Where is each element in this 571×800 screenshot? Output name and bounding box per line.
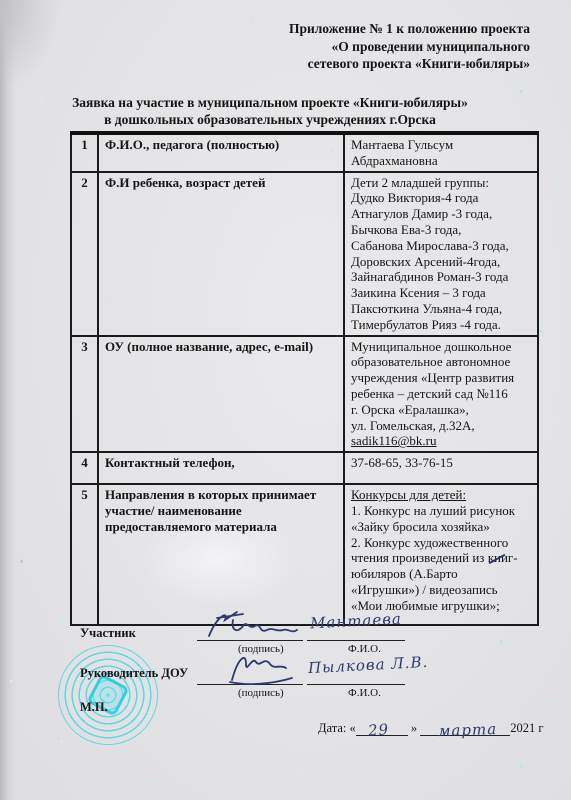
row-number: 4 [71, 452, 98, 484]
row-label: ОУ (полное название, адрес, e-mail) [98, 336, 344, 453]
table-row: 5 Направления в которых принимает участи… [71, 484, 538, 625]
participant-label: Участник [80, 626, 136, 641]
date-month-slot: марта [420, 721, 510, 736]
row-label: Ф.И ребенка, возраст детей [98, 172, 344, 336]
scan-edge-shadow [0, 0, 16, 800]
header-line-3: сетевого проекта «Книги-юбиляры» [289, 55, 530, 73]
row-number: 3 [71, 336, 98, 453]
date-label: Дата: [318, 721, 346, 735]
row-number: 5 [71, 484, 98, 625]
director-fio-caption: Ф.И.О. [348, 687, 381, 699]
table-row: 1 Ф.И.О., педагога (полностью) Мантаева … [71, 133, 538, 172]
email-text: sadik116@bk.ru [351, 433, 531, 449]
table-row: 2 Ф.И ребенка, возраст детей Дети 2 млад… [71, 172, 538, 336]
row-label: Контактный телефон, [98, 452, 344, 484]
header-line-1: Приложение № 1 к положению проекта [289, 20, 530, 38]
row-number: 1 [71, 133, 98, 172]
application-table: 1 Ф.И.О., педагога (полностью) Мантаева … [70, 131, 539, 626]
document-title: Заявка на участие в муниципальном проект… [20, 95, 520, 128]
title-line-2: в дошкольных образовательных учреждениях… [20, 112, 520, 129]
row-value-heading: Конкурсы для детей: [351, 487, 531, 503]
date-day-slot: 29 [356, 721, 408, 736]
table-row: 3 ОУ (полное название, адрес, e-mail) Му… [71, 336, 538, 453]
director-label: Руководитель ДОУ [80, 666, 188, 681]
scan-corner-shadow [0, 0, 60, 90]
row-value: Дети 2 младшей группы: Дудко Виктория-4 … [351, 175, 531, 333]
director-signature [228, 650, 298, 686]
row-value: Муниципальное дошкольное образовательное… [351, 339, 531, 434]
table-row: 4 Контактный телефон, 37-68-65, 33-76-15 [71, 452, 538, 484]
director-handwritten-name: Пылкова Л.В. [308, 653, 429, 677]
stamp-place-label: М.П. [80, 700, 108, 715]
date-line: Дата: «29 » марта2021 г [318, 721, 544, 736]
participant-fio-caption: Ф.И.О. [348, 643, 381, 655]
date-year: 2021 г [510, 721, 543, 735]
scanned-document-page: Приложение № 1 к положению проекта «О пр… [0, 0, 571, 800]
row-number: 2 [71, 172, 98, 336]
participant-signature [203, 606, 303, 642]
director-signature-caption: (подпись) [238, 687, 284, 699]
row-value: Мантаева Гульсум Абдрахмановна [351, 137, 531, 169]
row-label: Направления в которых принимает участие/… [98, 484, 344, 625]
row-value: 1. Конкурс на луший рисунок «Зайку броси… [351, 503, 531, 614]
header-annotation: Приложение № 1 к положению проекта «О пр… [289, 20, 530, 73]
header-line-2: «О проведении муниципального [289, 38, 530, 56]
title-line-1: Заявка на участие в муниципальном проект… [20, 95, 520, 112]
handwritten-month: марта [438, 720, 498, 740]
row-value: 37-68-65, 33-76-15 [351, 455, 531, 471]
date-close-quote: » [411, 721, 417, 735]
row-label: Ф.И.О., педагога (полностью) [98, 133, 344, 172]
handwritten-day: 29 [367, 720, 389, 739]
scan-noise-speckles [0, 0, 3, 3]
